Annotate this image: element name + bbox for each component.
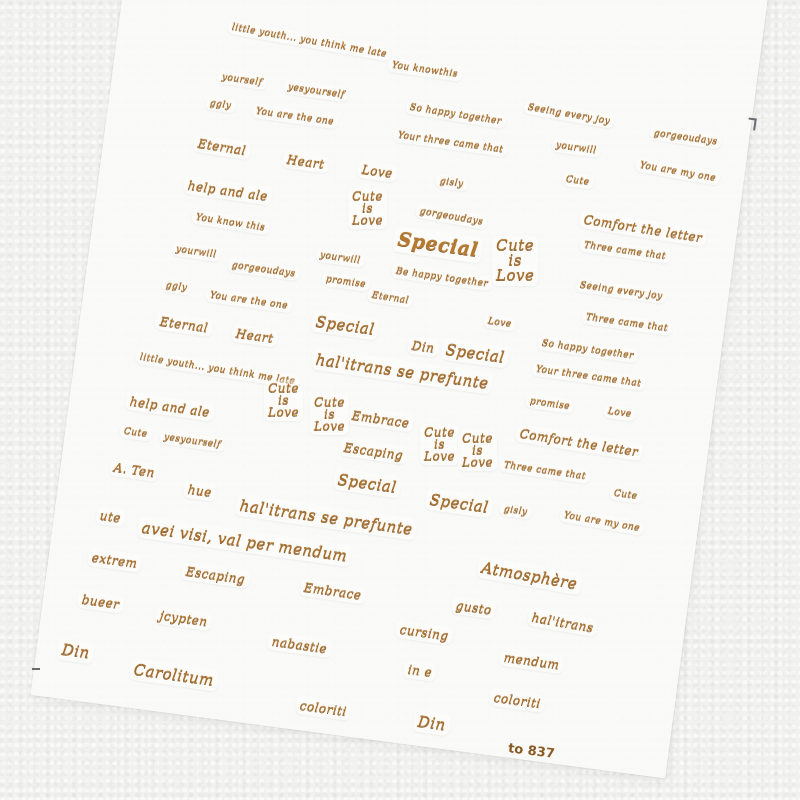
sticker-word: bueer: [81, 592, 120, 611]
sticker-word: Din: [417, 712, 447, 734]
sticker-word: in e: [407, 662, 433, 679]
sticker-word: Love: [487, 316, 512, 329]
sticker-word: CuteisLove: [424, 426, 455, 463]
sheet-corner-mark: [32, 668, 40, 670]
sticker-word: Din: [411, 338, 435, 355]
sticker-word: Cute: [123, 426, 148, 439]
sticker-word: Din: [61, 640, 91, 662]
sticker-word: Cute: [613, 488, 638, 501]
photo-scene: little youth... you think me lateYou kno…: [0, 0, 800, 800]
sticker-word: Heart: [235, 326, 274, 345]
sticker-word: gisly: [503, 504, 528, 517]
sticker-word: ggly: [165, 280, 188, 293]
sticker-word: Heart: [286, 152, 325, 171]
sticker-word: hue: [187, 482, 213, 499]
sticker-word: ggly: [209, 98, 232, 111]
sticker-word: ute: [99, 508, 122, 525]
sticker-word: CuteisLove: [462, 432, 493, 469]
sticker-word: gusto: [455, 598, 493, 617]
sticker-word: CuteisLove: [268, 382, 299, 419]
sticker-word: gisly: [439, 176, 464, 189]
sheet-corner-mark: [747, 118, 757, 131]
sticker-word: Love: [361, 162, 394, 180]
sticker-word: CuteisLove: [314, 396, 345, 433]
sticker-word: A. Ten: [113, 460, 156, 480]
sticker-word: CuteisLove: [496, 238, 534, 284]
sticker-word: CuteisLove: [352, 190, 383, 227]
sticker-word: Love: [607, 406, 632, 419]
sticker-word: Cute: [565, 174, 590, 187]
